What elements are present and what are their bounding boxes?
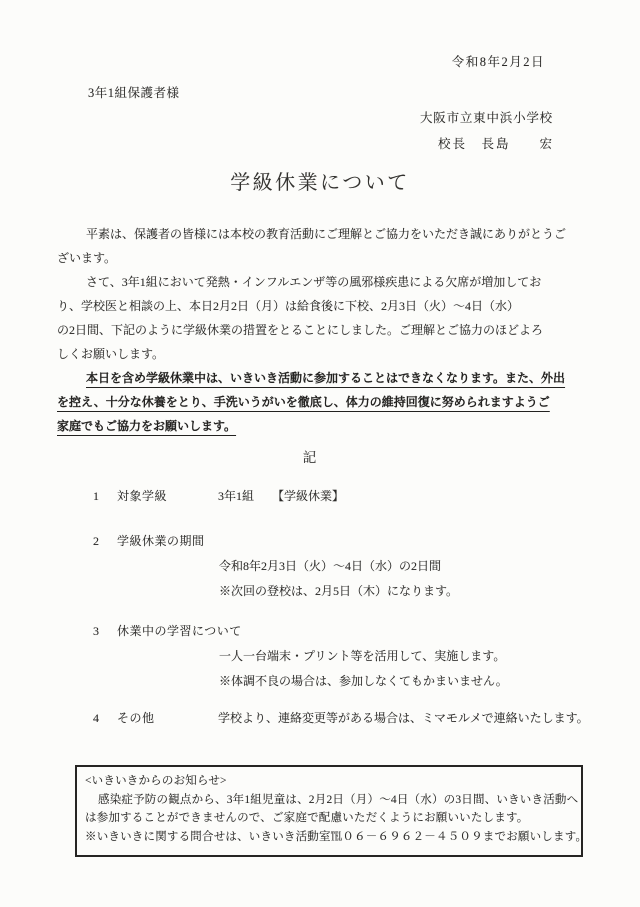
item-label: 学級休業の期間 bbox=[117, 529, 205, 553]
box-line: は参加することができませんので、ご家庭で配慮いただくようにお願いいたします。 bbox=[85, 809, 573, 828]
notice-line: 家庭でもご協力をお願いします。 bbox=[57, 414, 640, 438]
item-study-during-closure: 3 休業中の学習について bbox=[93, 619, 640, 643]
notice-line: を控え、十分な休養をとり、手洗いうがいを徹底し、体力の維持回復に努められますよう… bbox=[57, 390, 640, 414]
greeting-line: 平素は、保護者の皆様には本校の教育活動にご理解とご協力をいただき誠にありがとうご bbox=[57, 222, 640, 246]
greeting-line: さて、3年1組において発熱・インフルエンザ等の風邪様疾患による欠席が増加してお bbox=[57, 270, 640, 294]
item-number: 2 bbox=[93, 529, 117, 553]
greeting-line: しくお願いします。 bbox=[57, 342, 640, 366]
issue-date: 令和8年2月2日 bbox=[0, 0, 640, 70]
ikiiki-notice-box: <いきいきからのお知らせ> 感染症予防の観点から、3年1組児童は、2月2日（月）… bbox=[75, 765, 583, 857]
item-number: 3 bbox=[93, 619, 117, 643]
addressee: 3年1組保護者様 bbox=[0, 83, 640, 101]
item-number: 1 bbox=[93, 484, 117, 508]
notice-line: 本日を含め学級休業中は、いきいき活動に参加することはできなくなります。また、外出 bbox=[57, 366, 640, 390]
document-page: 令和8年2月2日 3年1組保護者様 大阪市立東中浜小学校 校長 長島 宏 学級休… bbox=[0, 0, 640, 907]
box-line: 感染症予防の観点から、3年1組児童は、2月2日（月）～4日（水）の3日間、いきい… bbox=[85, 791, 573, 810]
greeting-paragraph: 平素は、保護者の皆様には本校の教育活動にご理解とご協力をいただき誠にありがとうご… bbox=[57, 222, 640, 366]
closure-period-details: 令和8年2月3日（火）～4日（水）の2日間 ※次回の登校は、2月5日（木）になり… bbox=[219, 554, 640, 604]
detail-line: 令和8年2月3日（火）～4日（水）の2日間 bbox=[219, 554, 640, 579]
item-other: 4 その他 学校より、連絡変更等がある場合は、ミマモルメで連絡いたします。 bbox=[93, 706, 640, 730]
detail-line: ※次回の登校は、2月5日（木）になります。 bbox=[219, 579, 640, 604]
item-label: 対象学級 bbox=[117, 484, 218, 508]
emphasized-notice: 本日を含め学級休業中は、いきいき活動に参加することはできなくなります。また、外出… bbox=[57, 366, 640, 438]
item-text: 学校より、連絡変更等がある場合は、ミマモルメで連絡いたします。 bbox=[218, 706, 589, 730]
document-title: 学級休業について bbox=[0, 166, 640, 195]
box-line: ※いきいきに関する問合せは、いきいき活動室℡０６－６９６２－４５０９までお願いし… bbox=[85, 828, 573, 847]
study-details: 一人一台端末・プリント等を活用して、実施します。 ※体調不良の場合は、参加しなく… bbox=[219, 644, 640, 694]
greeting-line: の2日間、下記のように学級休業の措置をとることにしました。ご理解とご協力のほどよ… bbox=[57, 318, 640, 342]
principal-name: 校長 長島 宏 bbox=[0, 134, 640, 152]
greeting-line: ざいます。 bbox=[57, 246, 640, 270]
item-label: その他 bbox=[117, 706, 218, 730]
item-tag: 【学級休業】 bbox=[272, 484, 344, 508]
item-label: 休業中の学習について bbox=[117, 619, 242, 643]
detail-line: 一人一台端末・プリント等を活用して、実施します。 bbox=[219, 644, 640, 669]
greeting-line: り、学校医と相談の上、本日2月2日（月）は給食後に下校、2月3日（火）～4日（水… bbox=[57, 294, 640, 318]
school-name: 大阪市立東中浜小学校 bbox=[0, 108, 640, 126]
record-mark: 記 bbox=[0, 446, 630, 466]
item-value: 3年1組 bbox=[218, 484, 254, 508]
detail-line: ※体調不良の場合は、参加しなくてもかまいません。 bbox=[219, 669, 640, 694]
item-number: 4 bbox=[93, 706, 117, 730]
item-closure-period: 2 学級休業の期間 bbox=[93, 529, 640, 553]
item-target-class: 1 対象学級 3年1組 【学級休業】 bbox=[93, 484, 640, 508]
box-title: <いきいきからのお知らせ> bbox=[85, 772, 573, 791]
